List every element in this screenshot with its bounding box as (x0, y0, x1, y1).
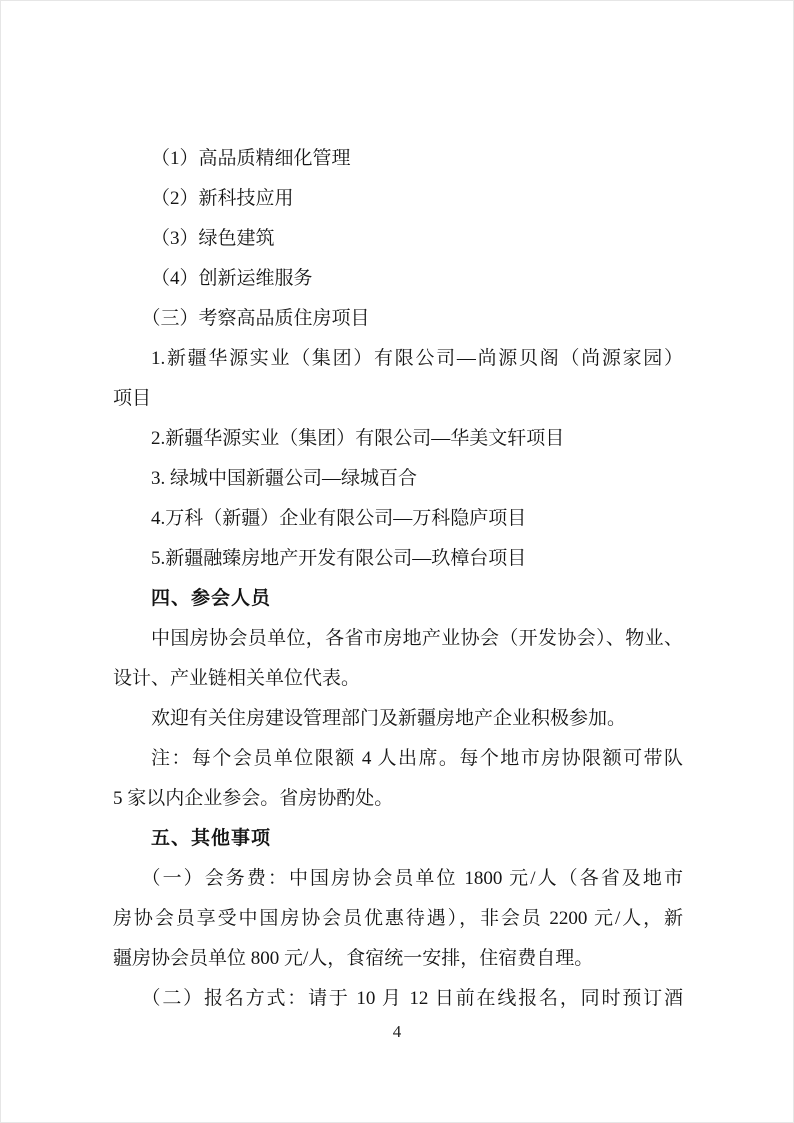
section-5-heading: 五、其他事项 (113, 819, 683, 859)
paragraph-registration-line-1: （二）报名方式：请于 10 月 12 日前在线报名，同时预订酒 (113, 979, 683, 1019)
paragraph-welcome: 欢迎有关住房建设管理部门及新疆房地产企业积极参加。 (113, 699, 683, 739)
list-item-quality-management: （1）高品质精细化管理 (113, 139, 683, 179)
project-item-5: 5.新疆融臻房地产开发有限公司—玖樟台项目 (113, 539, 683, 579)
paragraph-fee-line-3: 疆房协会员单位 800 元/人，食宿统一安排，住宿费自理。 (113, 939, 683, 979)
project-item-4: 4.万科（新疆）企业有限公司—万科隐庐项目 (113, 499, 683, 539)
paragraph-attendees-line-2: 设计、产业链相关单位代表。 (113, 659, 683, 699)
document-page: （1）高品质精细化管理 （2）新科技应用 （3）绿色建筑 （4）创新运维服务 （… (0, 0, 794, 1123)
subsection-3-heading: （三）考察高品质住房项目 (113, 299, 683, 339)
document-body: （1）高品质精细化管理 （2）新科技应用 （3）绿色建筑 （4）创新运维服务 （… (113, 139, 683, 1019)
paragraph-fee-line-2: 房协会员享受中国房协会员优惠待遇），非会员 2200 元/人，新 (113, 899, 683, 939)
paragraph-fee-line-1: （一）会务费：中国房协会员单位 1800 元/人（各省及地市 (113, 859, 683, 899)
project-item-2: 2.新疆华源实业（集团）有限公司—华美文轩项目 (113, 419, 683, 459)
paragraph-note-line-1: 注：每个会员单位限额 4 人出席。每个地市房协限额可带队 (113, 739, 683, 779)
paragraph-note-line-2: 5 家以内企业参会。省房协酌处。 (113, 779, 683, 819)
list-item-green-building: （3）绿色建筑 (113, 219, 683, 259)
page-number: 4 (1, 1019, 793, 1045)
project-item-3: 3. 绿城中国新疆公司—绿城百合 (113, 459, 683, 499)
list-item-innovative-operations: （4）创新运维服务 (113, 259, 683, 299)
project-item-1-line-1: 1.新疆华源实业（集团）有限公司—尚源贝阁（尚源家园） (113, 339, 683, 379)
project-item-1-line-2: 项目 (113, 379, 683, 419)
section-4-heading: 四、参会人员 (113, 579, 683, 619)
paragraph-attendees-line-1: 中国房协会员单位，各省市房地产业协会（开发协会）、物业、 (113, 619, 683, 659)
list-item-new-technology: （2）新科技应用 (113, 179, 683, 219)
